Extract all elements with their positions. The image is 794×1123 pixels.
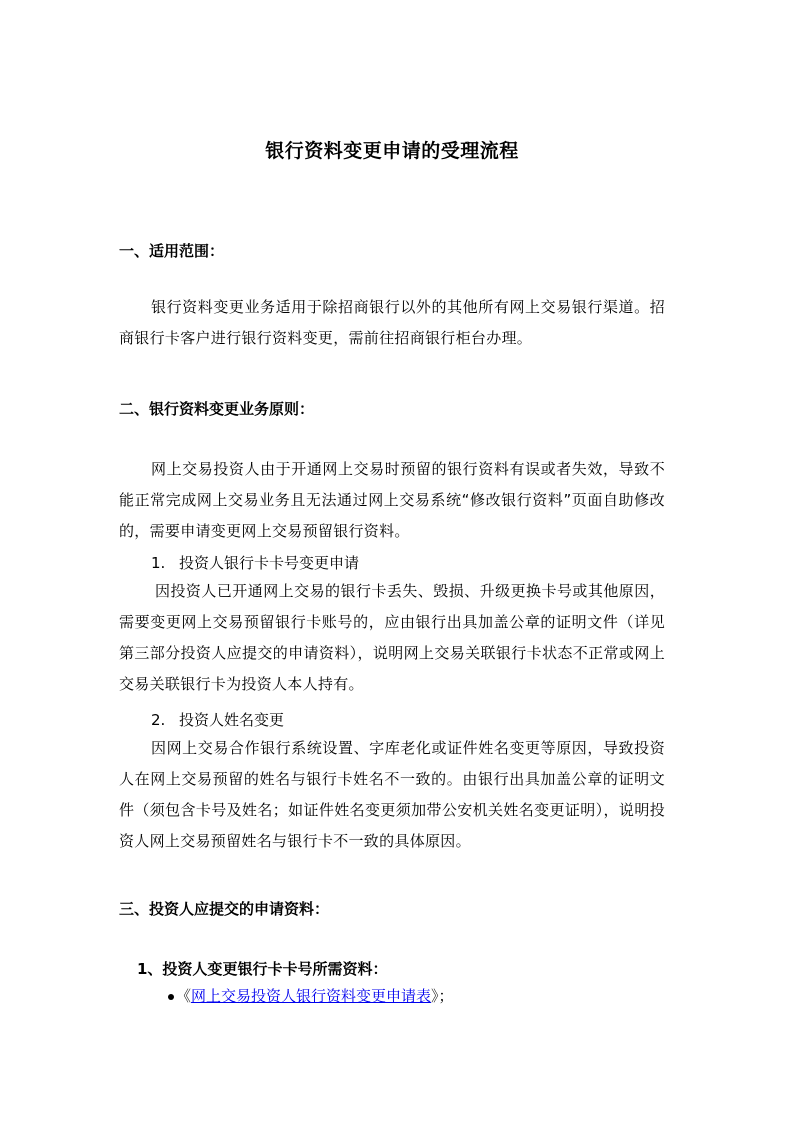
- list-item-card-change-text: 因投资人已开通网上交易的银行卡丢失、毁损、升级更换卡号或其他原因，需要变更网上交…: [119, 576, 665, 700]
- section-heading-materials: 三、投资人应提交的申请资料：: [119, 898, 329, 919]
- section-heading-principles: 二、银行资料变更业务原则：: [119, 398, 314, 419]
- list-item-name-change: 2.投资人姓名变更: [151, 709, 284, 730]
- application-form-link[interactable]: 网上交易投资人银行资料变更申请表: [191, 987, 431, 1005]
- list-item-card-change: 1.投资人银行卡卡号变更申请: [151, 552, 359, 573]
- bullet-item: 《网上交易投资人银行资料变更申请表》；: [168, 985, 454, 1006]
- page-title: 银行资料变更申请的受理流程: [119, 136, 665, 163]
- bullet-icon: [168, 994, 174, 1000]
- section-heading-scope: 一、适用范围：: [119, 240, 224, 261]
- bracket-open: 《: [176, 987, 191, 1005]
- list-number: 1.: [151, 554, 179, 572]
- list-item-name-change-text: 因网上交易合作银行系统设置、字库老化或证件姓名变更等原因，导致投资人在网上交易预…: [119, 733, 665, 857]
- subheading-card-change-materials: 1、投资人变更银行卡卡号所需资料：: [137, 958, 387, 979]
- list-number: 2.: [151, 711, 179, 729]
- section-paragraph-principles: 网上交易投资人由于开通网上交易时预留的银行资料有误或者失效，导致不能正常完成网上…: [119, 454, 665, 547]
- bracket-close: 》；: [431, 987, 454, 1005]
- list-label: 投资人姓名变更: [179, 711, 284, 729]
- section-paragraph-scope: 银行资料变更业务适用于除招商银行以外的其他所有网上交易银行渠道。招商银行卡客户进…: [119, 292, 665, 354]
- list-label: 投资人银行卡卡号变更申请: [179, 554, 359, 572]
